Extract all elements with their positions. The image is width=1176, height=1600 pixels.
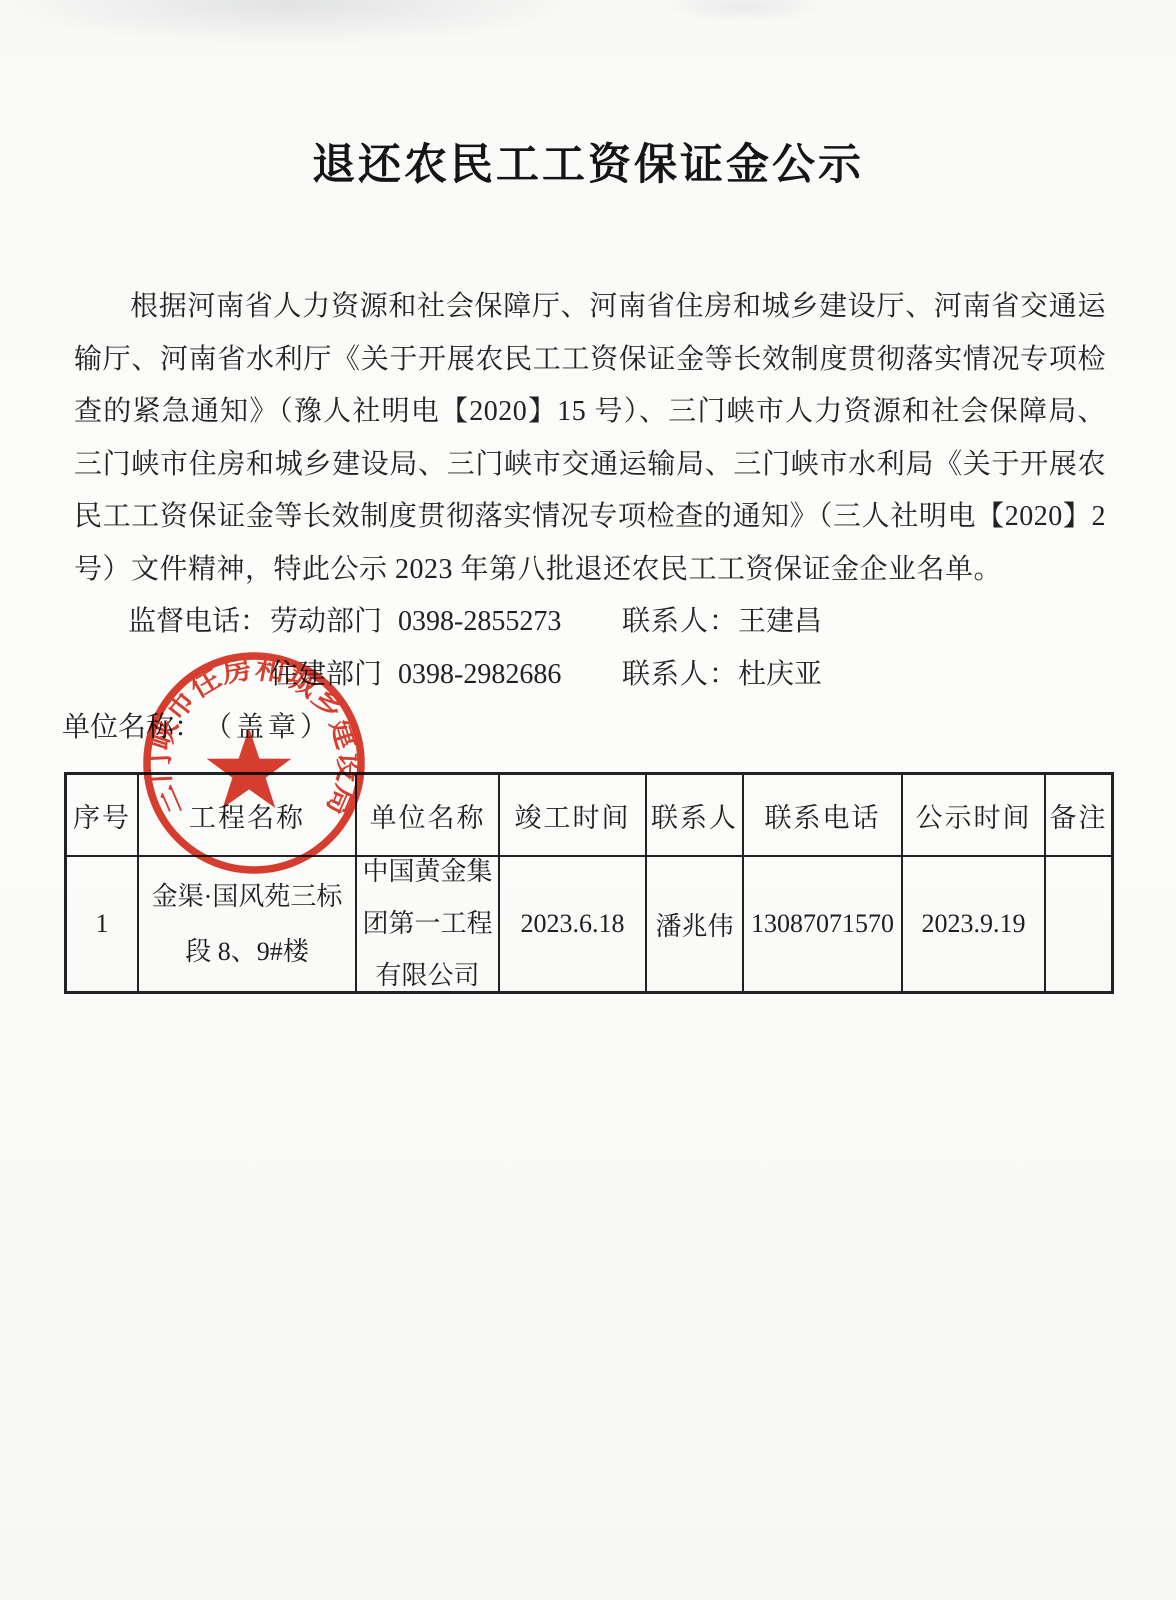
body-line-5: 民工工资保证金等长效制度贯彻落实情况专项检查的通知》（三人社明电【2020】2: [74, 491, 1106, 544]
body-line-4: 三门峡市住房和城乡建设局、三门峡市交通运输局、三门峡市水利局《关于开展农: [74, 439, 1106, 492]
labor-dept-phone: 劳动部门0398-2855273: [270, 596, 622, 649]
cell-remark: [1046, 857, 1111, 991]
header-remark: 备注: [1046, 775, 1111, 857]
housing-contact: 联系人：杜庆亚: [622, 649, 822, 702]
header-contact-phone: 联系电话: [744, 775, 903, 857]
header-seq: 序号: [67, 775, 139, 857]
page-title: 退还农民工工资保证金公示: [0, 131, 1176, 192]
cell-contact-person: 潘兆伟: [647, 857, 744, 991]
header-contact-person: 联系人: [647, 775, 744, 857]
contact-row-labor: 监督电话： 劳动部门0398-2855273 联系人：王建昌: [128, 596, 822, 649]
labor-dept-number: 0398-2855273: [398, 606, 561, 637]
labor-contact-name: 王建昌: [738, 606, 822, 637]
labor-contact: 联系人：王建昌: [622, 596, 822, 649]
header-completion-date: 竣工时间: [500, 775, 647, 857]
cell-seq: 1: [67, 857, 139, 991]
body-line-3: 查的紧急通知》（豫人社明电【2020】15 号）、三门峡市人力资源和社会保障局、: [74, 386, 1106, 439]
labor-dept-label: 劳动部门: [270, 606, 382, 637]
cell-publicity-date: 2023.9.19: [903, 857, 1046, 991]
project-name-text: 金渠·国风苑三标段 8、9#楼: [142, 869, 352, 979]
supervision-phone-label: 监督电话：: [128, 596, 270, 649]
header-publicity-date: 公示时间: [903, 775, 1046, 857]
cell-project-name: 金渠·国风苑三标段 8、9#楼: [139, 857, 357, 991]
housing-contact-label: 联系人：: [622, 659, 738, 690]
body-line-6: 号）文件精神，特此公示 2023 年第八批退还农民工工资保证金企业名单。: [74, 544, 1106, 597]
header-company-name: 单位名称: [357, 775, 500, 857]
cell-completion-date: 2023.6.18: [500, 857, 647, 991]
notice-body: 根据河南省人力资源和社会保障厅、河南省住房和城乡建设厅、河南省交通运 输厅、河南…: [74, 281, 1106, 596]
seal-star-icon: [207, 728, 292, 808]
cell-contact-phone: 13087071570: [744, 857, 903, 991]
labor-contact-label: 联系人：: [622, 606, 738, 637]
housing-dept-number: 0398-2982686: [398, 659, 561, 690]
cell-company-name: 中国黄金集团第一工程有限公司: [357, 857, 500, 991]
housing-contact-name: 杜庆亚: [738, 659, 822, 690]
body-line-1: 根据河南省人力资源和社会保障厅、河南省住房和城乡建设厅、河南省交通运: [74, 281, 1106, 334]
official-seal: 三门峡市住房和城乡建设局: [141, 650, 367, 876]
body-line-2: 输厅、河南省水利厅《关于开展农民工工资保证金等长效制度贯彻落实情况专项检: [74, 334, 1106, 387]
seal-arc-text: 三门峡市住房和城乡建设局: [142, 651, 365, 822]
company-name-text: 中国黄金集团第一工程有限公司: [360, 846, 495, 1002]
